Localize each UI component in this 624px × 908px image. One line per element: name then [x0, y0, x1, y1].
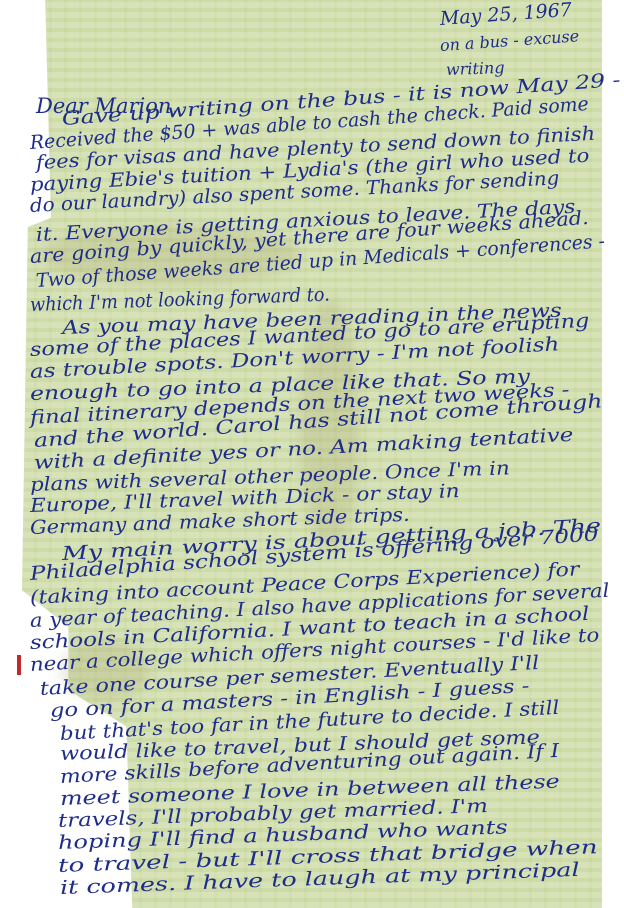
red-mark: [17, 655, 21, 675]
letter-header-note: writing: [446, 60, 505, 78]
